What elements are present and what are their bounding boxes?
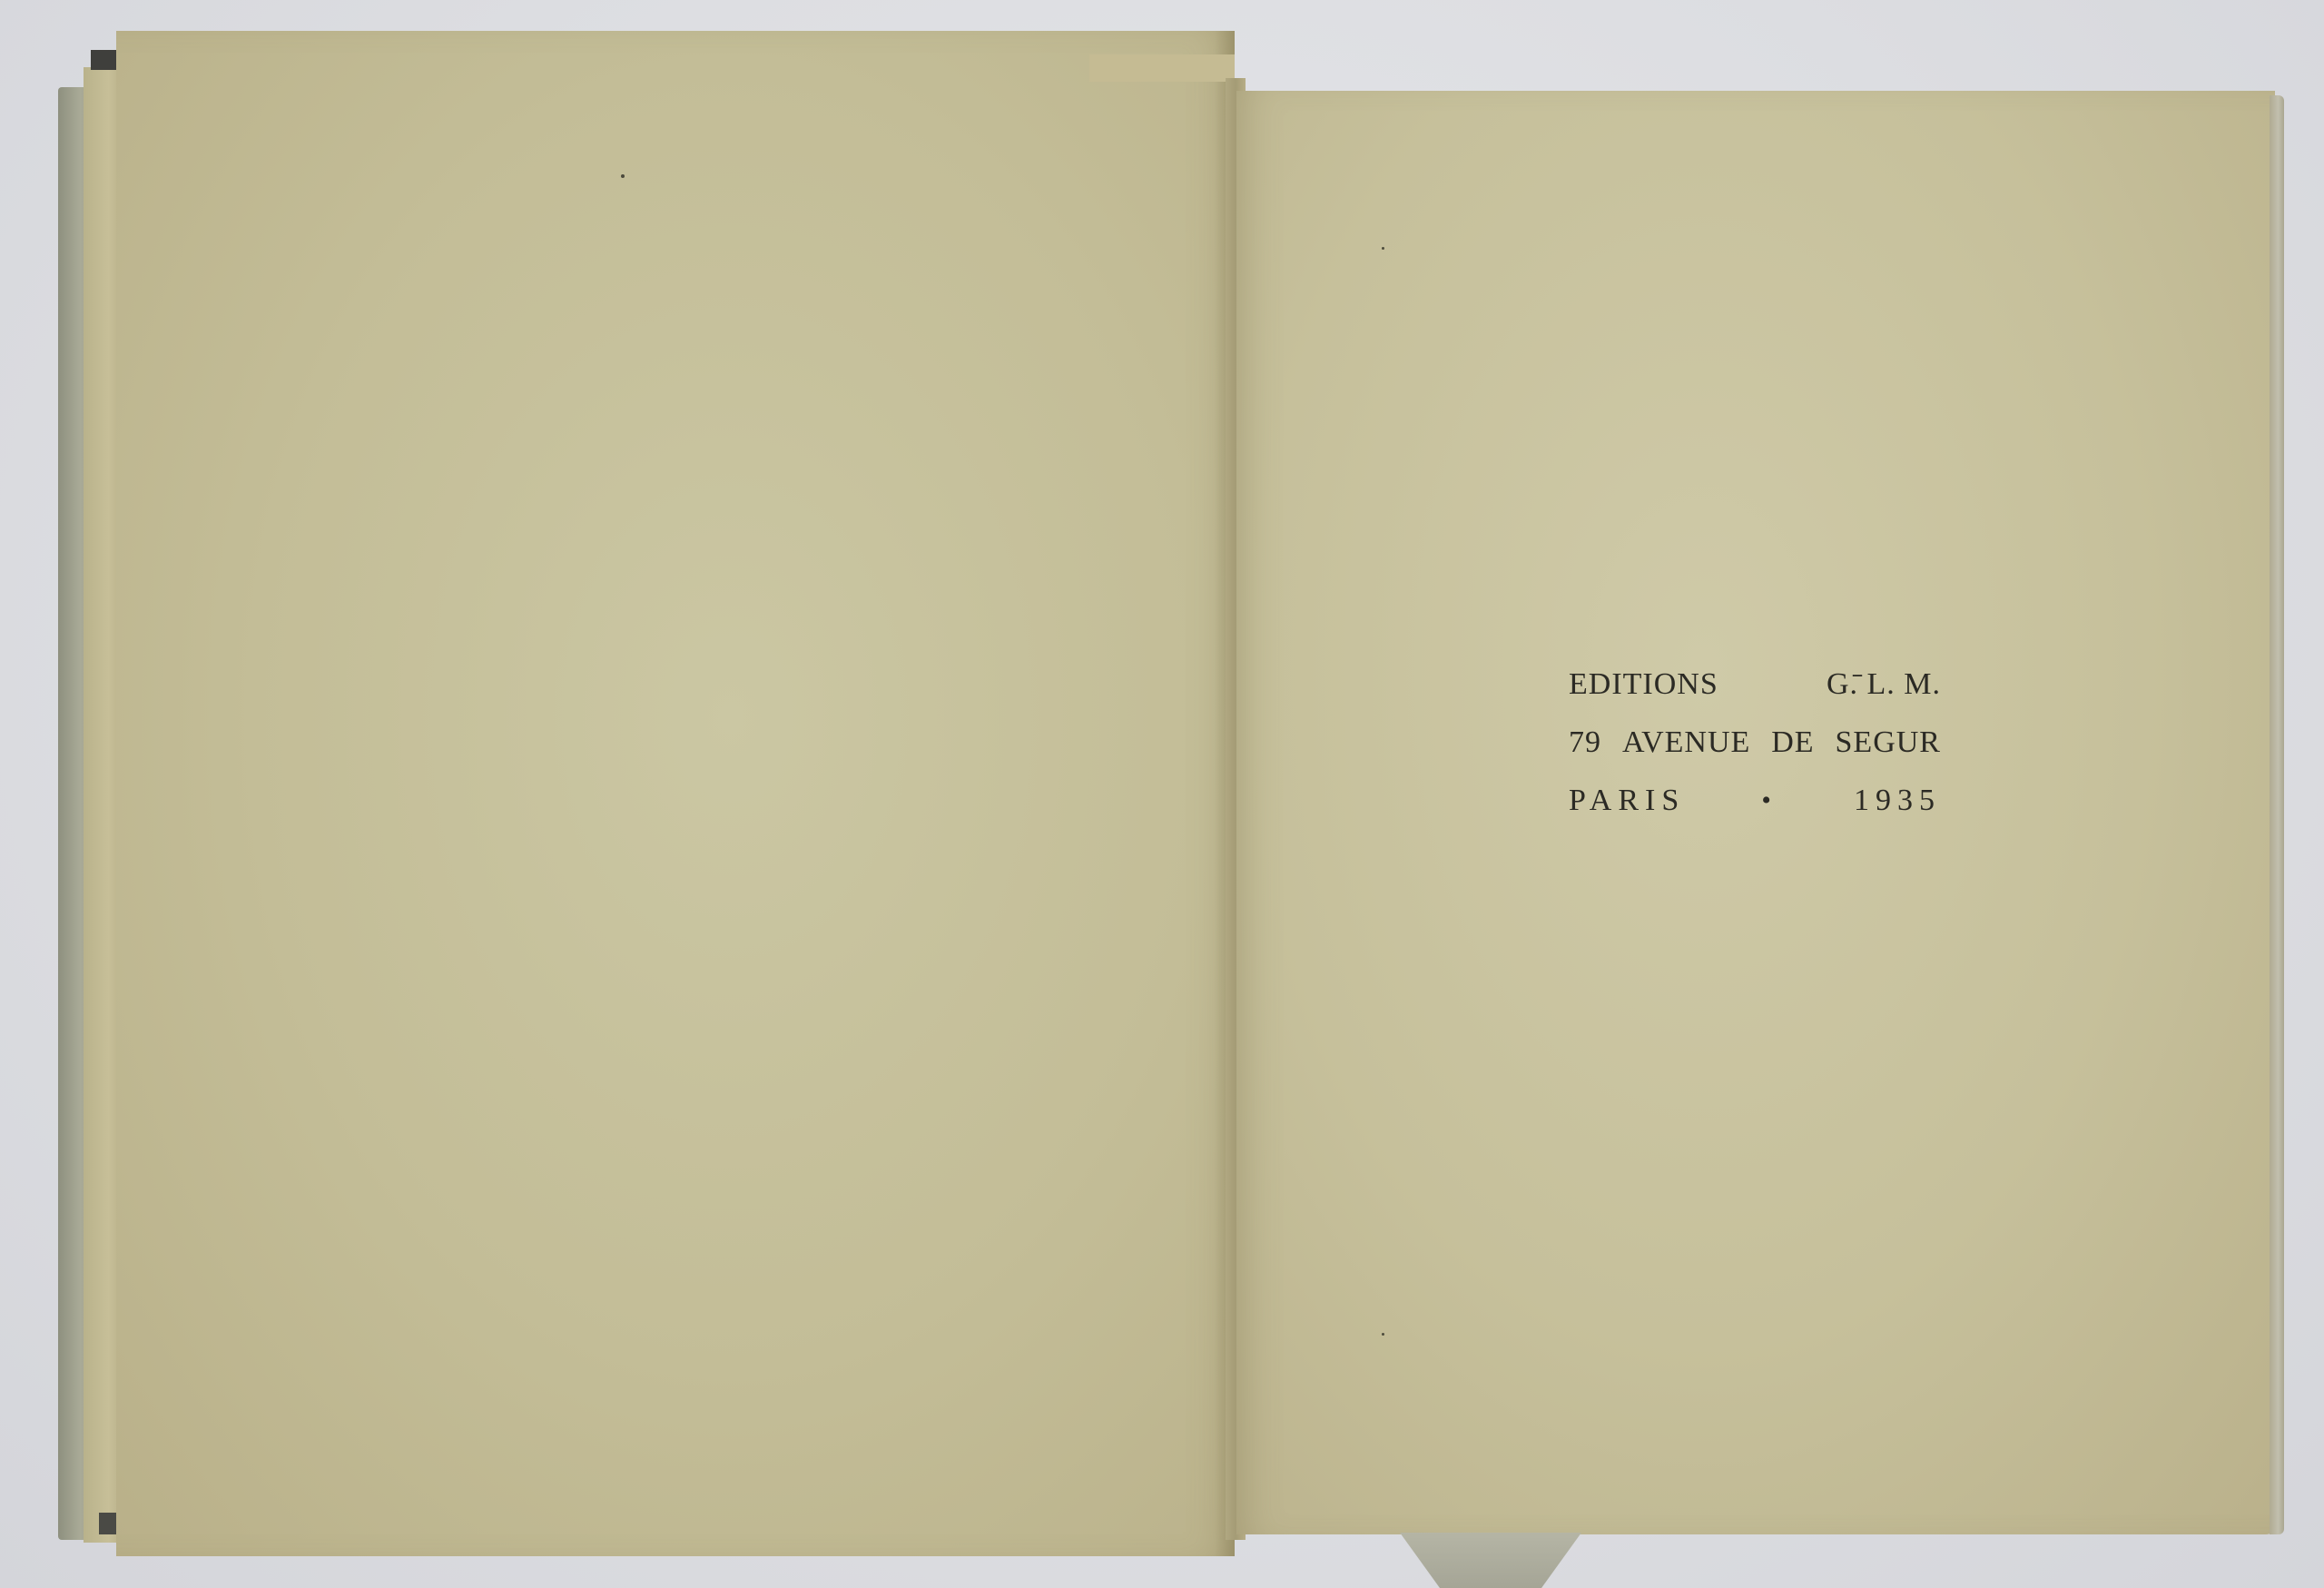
colophon-imprint: EDITIONS G.̄ L. M. 79 AVENUE DE SEGUR PA… (1569, 656, 1941, 830)
right-page-edge (2270, 95, 2284, 1534)
publisher-name: G.̄ L. M. (1827, 656, 1941, 714)
street-number: 79 (1569, 714, 1601, 772)
street-particle: DE (1771, 714, 1814, 772)
publisher-label: EDITIONS (1569, 656, 1718, 714)
street-type: AVENUE (1622, 714, 1750, 772)
year: 1935 (1854, 772, 1941, 830)
flyleaf-edge (1089, 54, 1235, 82)
paper-speck (1382, 247, 1384, 250)
paper-speck (621, 174, 625, 178)
bullet-separator: • (1761, 772, 1777, 830)
city: PARIS (1569, 772, 1685, 830)
left-page (116, 31, 1235, 1556)
colophon-line-publisher: EDITIONS G.̄ L. M. (1569, 656, 1941, 714)
colophon-line-address: 79 AVENUE DE SEGUR (1569, 714, 1941, 772)
paper-speck (1382, 1333, 1384, 1336)
cover-corner-top (91, 50, 116, 70)
colophon-line-city-year: PARIS • 1935 (1569, 772, 1941, 830)
street-name: SEGUR (1836, 714, 1941, 772)
